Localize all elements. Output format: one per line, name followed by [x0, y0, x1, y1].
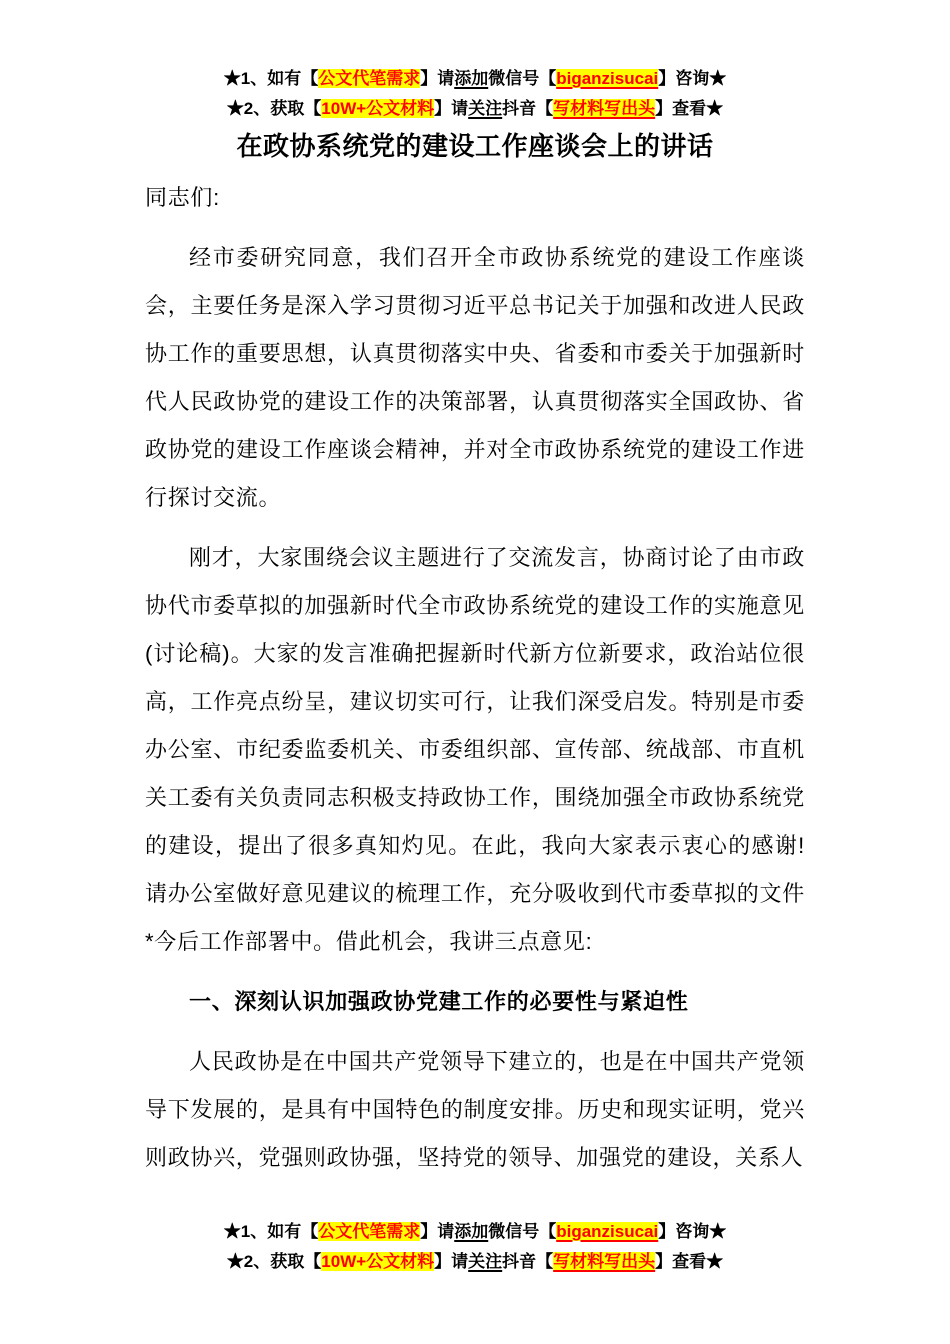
promo-action-add: 添加	[454, 69, 488, 88]
promo-suffix: 】咨询★	[658, 69, 726, 88]
promo-suffix: 】咨询★	[658, 1222, 726, 1241]
promo-douyin-id: 写材料写出头	[553, 99, 655, 118]
promo-text: 微信号【	[488, 69, 556, 88]
promo-suffix: 】查看★	[655, 99, 723, 118]
promo-highlight-service: 公文代笔需求	[318, 1222, 420, 1241]
document-body: 同志们:经市委研究同意，我们召开全市政协系统党的建设工作座谈会，主要任务是深入学…	[145, 174, 805, 1194]
promo-text: 】请	[420, 69, 454, 88]
promo-text: 】请	[434, 99, 468, 118]
promo-prefix: ★1、如有【	[224, 69, 318, 88]
promo-line: ★2、获取【10W+公文材料】请关注抖音【写材料写出头】查看★	[0, 1247, 950, 1277]
promo-text: 微信号【	[488, 1222, 556, 1241]
promo-highlight-materials: 10W+公文材料	[321, 1252, 434, 1271]
body-paragraph: 刚才，大家围绕会议主题进行了交流发言，协商讨论了由市政协代市委草拟的加强新时代全…	[145, 534, 805, 966]
section-heading: 一、深刻认识加强政协党建工作的必要性与紧迫性	[145, 978, 805, 1026]
promo-action-follow: 关注	[468, 99, 502, 118]
document-title: 在政协系统党的建设工作座谈会上的讲话	[0, 126, 950, 166]
promo-suffix: 】查看★	[655, 1252, 723, 1271]
promo-prefix: ★2、获取【	[227, 99, 321, 118]
promo-action-add: 添加	[454, 1222, 488, 1241]
promo-text: 抖音【	[502, 1252, 553, 1271]
body-paragraph: 人民政协是在中国共产党领导下建立的，也是在中国共产党领导下发展的，是具有中国特色…	[145, 1038, 805, 1182]
promo-douyin-id: 写材料写出头	[553, 1252, 655, 1271]
promo-highlight-service: 公文代笔需求	[318, 69, 420, 88]
body-paragraph: 经市委研究同意，我们召开全市政协系统党的建设工作座谈会，主要任务是深入学习贯彻习…	[145, 234, 805, 522]
promo-line: ★1、如有【公文代笔需求】请添加微信号【biganzisucai】咨询★	[0, 1217, 950, 1247]
body-paragraph: 同志们:	[145, 174, 805, 222]
promo-prefix: ★1、如有【	[224, 1222, 318, 1241]
promo-wechat-id: biganzisucai	[556, 69, 658, 88]
promo-line: ★1、如有【公文代笔需求】请添加微信号【biganzisucai】咨询★	[0, 64, 950, 94]
promo-wechat-id: biganzisucai	[556, 1222, 658, 1241]
promo-prefix: ★2、获取【	[227, 1252, 321, 1271]
document-page: ★1、如有【公文代笔需求】请添加微信号【biganzisucai】咨询★★2、获…	[0, 0, 950, 1344]
promo-line: ★2、获取【10W+公文材料】请关注抖音【写材料写出头】查看★	[0, 94, 950, 124]
promo-action-follow: 关注	[468, 1252, 502, 1271]
promo-text: 】请	[420, 1222, 454, 1241]
promo-text: 抖音【	[502, 99, 553, 118]
promo-highlight-materials: 10W+公文材料	[321, 99, 434, 118]
promo-header: ★1、如有【公文代笔需求】请添加微信号【biganzisucai】咨询★★2、获…	[0, 64, 950, 124]
promo-footer: ★1、如有【公文代笔需求】请添加微信号【biganzisucai】咨询★★2、获…	[0, 1217, 950, 1277]
promo-text: 】请	[434, 1252, 468, 1271]
